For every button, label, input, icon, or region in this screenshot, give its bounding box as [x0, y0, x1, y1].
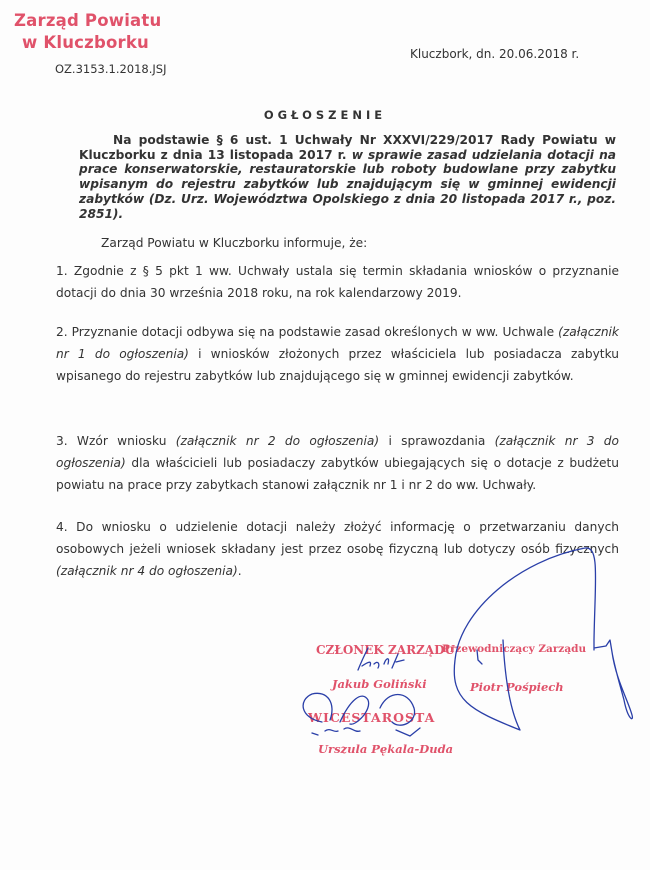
vice-name-stamp: Urszula Pękala-Duda: [318, 742, 453, 756]
point-3-text-c: dla właścicieli lub posiadaczy zabytków …: [56, 456, 619, 492]
stamp-line-1: Zarząd Powiatu: [14, 11, 161, 30]
member-name-stamp: Jakub Goliński: [332, 677, 427, 691]
point-1: 1. Zgodnie z § 5 pkt 1 ww. Uchwały ustal…: [56, 260, 619, 304]
stamp-line-2: w Kluczborku: [14, 32, 161, 54]
point-3-text-a: 3. Wzór wniosku: [56, 434, 176, 448]
vice-title-stamp: WICESTAROSTA: [308, 710, 435, 725]
member-title-stamp: CZŁONEK ZARZĄDU: [316, 643, 455, 657]
point-4-text-a: 4. Do wniosku o udzielenie dotacji należ…: [56, 520, 619, 556]
chair-name-stamp: Piotr Pośpiech: [470, 680, 564, 694]
point-4-text-b: .: [238, 564, 242, 578]
point-2: 2. Przyznanie dotacji odbywa się na pods…: [56, 321, 619, 388]
place-date: Kluczbork, dn. 20.06.2018 r.: [410, 47, 579, 61]
reference-number: OZ.3153.1.2018.JSJ: [55, 62, 167, 76]
point-4-attachment: (załącznik nr 4 do ogłoszenia): [56, 564, 238, 578]
chair-title-stamp: Przewodniczący Zarządu: [442, 643, 586, 655]
point-4: 4. Do wniosku o udzielenie dotacji należ…: [56, 516, 619, 583]
point-3-attachment-a: (załącznik nr 2 do ogłoszenia): [176, 434, 379, 448]
letterhead-stamp: Zarząd Powiatu w Kluczborku: [14, 10, 161, 54]
point-3: 3. Wzór wniosku (załącznik nr 2 do ogłos…: [56, 430, 619, 497]
intro-paragraph: Na podstawie § 6 ust. 1 Uchwały Nr XXXVI…: [79, 133, 616, 221]
point-2-text-a: 2. Przyznanie dotacji odbywa się na pods…: [56, 325, 558, 339]
point-1-text: 1. Zgodnie z § 5 pkt 1 ww. Uchwały ustal…: [56, 264, 619, 300]
informs-line: Zarząd Powiatu w Kluczborku informuje, ż…: [101, 236, 367, 250]
document-title: OGŁOSZENIE: [0, 108, 650, 122]
point-3-text-b: i sprawozdania: [379, 434, 494, 448]
